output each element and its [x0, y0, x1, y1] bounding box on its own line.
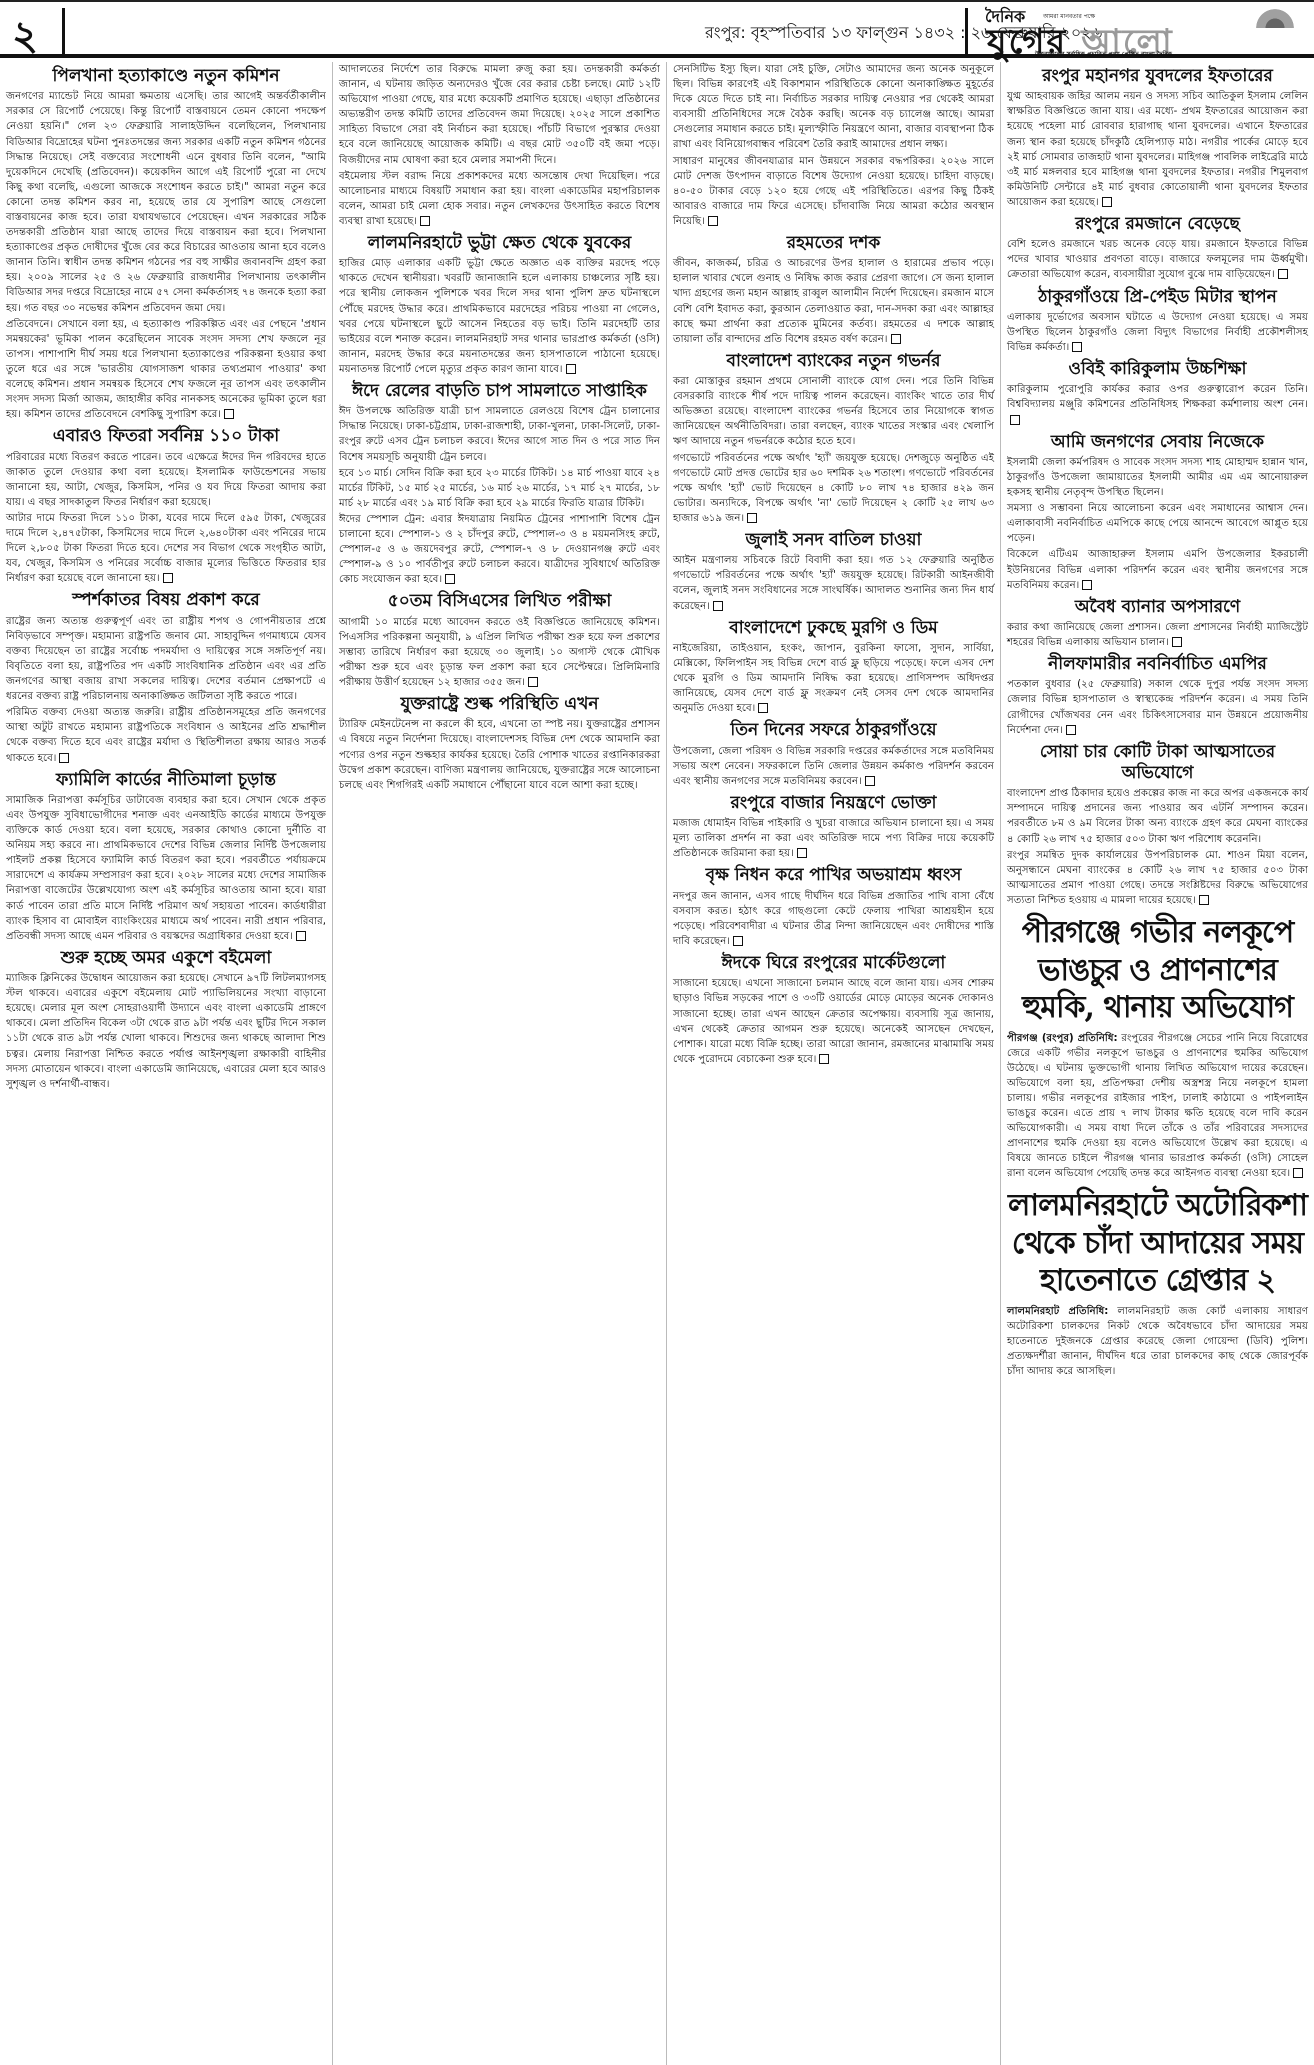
end-mark-icon	[865, 776, 875, 786]
paragraph: প্রতিবেদনে। সেখানে বলা হয়, এ হত্যাকাণ্ড…	[6, 317, 326, 423]
paragraph: বইমেলায় স্টল বরাদ্দ নিয়ে প্রকাশকদের মধ…	[339, 169, 660, 229]
article-body: আইন মন্ত্রণালয় সচিবকে রিটে বিবাদী করা হ…	[673, 553, 994, 613]
end-mark-icon	[1082, 580, 1092, 590]
divider	[62, 8, 65, 56]
end-mark-icon	[1278, 269, 1288, 279]
end-mark-icon	[1102, 197, 1112, 207]
paragraph: পতকাল বুধবার (২৫ ফেব্রুয়ারি) সকাল থেকে …	[1007, 677, 1308, 737]
article-body: বেশি হলেও রমজানে খরচ অনেক বেড়ে যায়। রম…	[1007, 237, 1308, 282]
article-body: মজাজ ধোমাইন বিভিন্ন পাইকারি ও খুচরা বাজা…	[673, 816, 994, 861]
article-body: সাজানো হয়েছে। এখনো সাজানো চলমান আছে বলে…	[673, 976, 994, 1067]
paragraph: হবে ১৩ মার্চ। সেদিন বিক্রি করা হবে ২৩ মা…	[339, 466, 660, 511]
article-body: আগামী ১০ মার্চের মধ্যে আবেদন করতে ওই বিজ…	[339, 615, 660, 690]
end-mark-icon	[420, 216, 430, 226]
page-number: ২	[12, 4, 38, 71]
paragraph: যুগ্ম আহবায়ক জহির আলম নয়ন ও সদস্য সচিব…	[1007, 89, 1308, 210]
paragraph: জনগণের ম্যান্ডেট নিয়ে আমরা ক্ষমতায় এসে…	[6, 89, 326, 315]
end-mark-icon	[1199, 895, 1209, 905]
column-1: পিলখানা হত্যাকাণ্ডে নতুন কমিশন জনগণের ম্…	[0, 62, 332, 2065]
end-mark-icon	[747, 513, 757, 523]
paragraph: করার কথা জানিয়েছে জেলা প্রশাসন। জেলা প্…	[1007, 620, 1308, 650]
article-body: করার কথা জানিয়েছে জেলা প্রশাসন। জেলা প্…	[1007, 620, 1308, 650]
paragraph: লালমনিরহাট প্রতিনিধি: লালমনিরহাট জজ কোর্…	[1007, 1304, 1308, 1379]
end-mark-icon	[1066, 725, 1076, 735]
paragraph: ট্যারিফ মেইনটেনেন্স না করলে কী হবে, এখনো…	[339, 717, 660, 792]
byline: লালমনিরহাট প্রতিনিধি:	[1007, 1306, 1108, 1317]
lead-headline: লালমনিরহাটে অটোরিকশা থেকে চাঁদা আদায়ের …	[1007, 1187, 1308, 1300]
article-body: ইসলামী জেলা কর্মপরিষদ ও সাবেক সংসদ সদস্য…	[1007, 455, 1308, 593]
paragraph: কারিকুলাম পুরোপুরি কার্যকর করার ওপর গুরু…	[1007, 382, 1308, 427]
article-headline: সোয়া চার কোটি টাকা আত্মসাতের অভিযোগে	[1007, 742, 1308, 785]
divider	[965, 8, 968, 56]
paragraph: ইসলামী জেলা কর্মপরিষদ ও সাবেক সংসদ সদস্য…	[1007, 455, 1308, 500]
paragraph: ঈদের স্পেশাল ট্রেন: এবার ঈদযাত্রায় নিয়…	[339, 512, 660, 587]
paragraph: সেনসিটিভ ইস্যু ছিল। যারা সেই চুক্তি, সেট…	[673, 62, 994, 153]
article-body: কারিকুলাম পুরোপুরি কার্যকর করার ওপর গুরু…	[1007, 382, 1308, 427]
lead-headline: পীরগঞ্জে গভীর নলকূপে ভাঙচুর ও প্রাণনাশের…	[1007, 914, 1308, 1027]
article-headline: ফ্যামিলি কার্ডের নীতিমালা চূড়ান্ত	[6, 770, 326, 791]
masthead: ২ রংপুর: বৃহস্পতিবার ১৩ ফাল্গুন ১৪৩২ : ২…	[0, 0, 1314, 58]
article-body: সেনসিটিভ ইস্যু ছিল। যারা সেই চুক্তি, সেট…	[673, 62, 994, 229]
paragraph: বেশি হলেও রমজানে খরচ অনেক বেড়ে যায়। রম…	[1007, 237, 1308, 282]
end-mark-icon	[1010, 415, 1020, 425]
article-body: সামাজিক নিরাপত্তা কর্মসূচির ডাটাবেজ ব্যব…	[6, 793, 326, 944]
column-2: আদালতের নির্দেশে তার বিরুদ্ধে মামলা রুজু…	[332, 62, 666, 2065]
paragraph: এলাকায় দুর্ভোগের অবসান ঘটাতে এ উদ্যোগ ন…	[1007, 310, 1308, 355]
article-body: বাংলাদেশ প্রাপ্ত ঠিকাদার হয়েও প্রকল্পের…	[1007, 786, 1308, 908]
article-headline: তিন দিনের সফরে ঠাকুরগাঁওয়ে	[673, 720, 994, 741]
end-mark-icon	[797, 848, 807, 858]
article-body: রাষ্ট্রের জন্য অত্যন্ত গুরুত্বপূর্ণ এবং …	[6, 614, 326, 766]
paragraph: সাজানো হয়েছে। এখনো সাজানো চলমান আছে বলে…	[673, 976, 994, 1067]
article-headline: শুরু হচ্ছে অমর একুশে বইমেলা	[6, 948, 326, 969]
paragraph: আগামী ১০ মার্চের মধ্যে আবেদন করতে ওই বিজ…	[339, 615, 660, 690]
paragraph: বাংলাদেশ প্রাপ্ত ঠিকাদার হয়েও প্রকল্পের…	[1007, 786, 1308, 846]
article-headline: যুক্তরাষ্ট্রে শুল্ক পরিস্থিতি এখন	[339, 694, 660, 715]
article-headline: নীলফামারীর নবনির্বাচিত এমপির	[1007, 654, 1308, 675]
paragraph: উপজেলা, জেলা পরিষদ ও বিভিন্ন সরকারি দপ্ত…	[673, 744, 994, 789]
end-mark-icon	[566, 364, 576, 374]
article-body: নাইজেরিয়া, তাইওয়ান, হংকং, জাপান, বুরকি…	[673, 641, 994, 716]
logo-tagline: উত্তরাঞ্চলের সর্বাধিক প্রচারিত প্রথম প্র…	[1035, 49, 1172, 60]
article-body: পীরগঞ্জ (রংপুর) প্রতিনিধি: রংপুরের পীরগঞ…	[1007, 1031, 1308, 1182]
end-mark-icon	[758, 703, 768, 713]
article-body: নদপুর জন জানান, এসব গাছে দীর্ঘদিন ধরে বি…	[673, 889, 994, 949]
paragraph: রাষ্ট্রের জন্য অত্যন্ত গুরুত্বপূর্ণ এবং …	[6, 614, 326, 705]
article-body: ঈদ উপলক্ষে অতিরিক্ত যাত্রী চাপ সামলাতে র…	[339, 404, 660, 587]
paragraph: পরিমিত বক্তব্য দেওয়া অত্যন্ত জরুরি। রাষ…	[6, 705, 326, 765]
sun-icon	[1253, 6, 1297, 28]
article-headline: এবারও ফিতরা সর্বনিম্ন ১১০ টাকা	[6, 426, 326, 447]
article-headline: ৫০তম বিসিএসের লিখিত পরীক্ষা	[339, 591, 660, 612]
paragraph: বিকেলে এটিএম আজাহারুল ইসলাম এমপি উপজেলার…	[1007, 547, 1308, 592]
article-headline: রংপুর মহানগর যুবদলের ইফতারের	[1007, 66, 1308, 87]
paragraph: পীরগঞ্জ (রংপুর) প্রতিনিধি: রংপুরের পীরগঞ…	[1007, 1031, 1308, 1182]
article-headline: বৃক্ষ নিধন করে পাখির অভয়াশ্রম ধ্বংস	[673, 865, 994, 886]
article-body: যুগ্ম আহবায়ক জহির আলম নয়ন ও সদস্য সচিব…	[1007, 89, 1308, 210]
end-mark-icon	[59, 753, 69, 763]
article-headline: ঠাকুরগাঁওয়ে প্রি-পেইড মিটার স্থাপন	[1007, 287, 1308, 308]
end-mark-icon	[1072, 342, 1082, 352]
article-headline: ওবিই কারিকুলাম উচ্চশিক্ষা	[1007, 359, 1308, 380]
article-body: জীবন, কাজকর্ম, চরিত্র ও আচরণের উপর হালাল…	[673, 256, 994, 347]
article-headline: লালমনিরহাটে ভুট্টা ক্ষেত থেকে যুবকের	[339, 233, 660, 254]
paragraph: সাধারণ মানুষের জীবনযাত্রার মান উন্নয়নে …	[673, 154, 994, 229]
paragraph: আইন মন্ত্রণালয় সচিবকে রিটে বিবাদী করা হ…	[673, 553, 994, 613]
article-headline: বাংলাদেশে ঢুকছে মুরগি ও ডিম	[673, 618, 994, 639]
article-body: করা মোস্তাকুর রহমান প্রথমে সোনালী ব্যাংক…	[673, 374, 994, 526]
byline: পীরগঞ্জ (রংপুর) প্রতিনিধি:	[1007, 1033, 1118, 1044]
article-headline: ঈদকে ঘিরে রংপুরের মার্কেটগুলো	[673, 953, 994, 974]
paragraph: ঈদ উপলক্ষে অতিরিক্ত যাত্রী চাপ সামলাতে র…	[339, 404, 660, 464]
paragraph: জীবন, কাজকর্ম, চরিত্র ও আচরণের উপর হালাল…	[673, 256, 994, 347]
end-mark-icon	[891, 334, 901, 344]
article-headline: অবৈধ ব্যানার অপসারণে	[1007, 597, 1308, 618]
paragraph: আদালতের নির্দেশে তার বিরুদ্ধে মামলা রুজু…	[339, 62, 660, 168]
article-headline: পিলখানা হত্যাকাণ্ডে নতুন কমিশন	[6, 66, 326, 87]
article-headline: রহমতের দশক	[673, 233, 994, 254]
paragraph: করা মোস্তাকুর রহমান প্রথমে সোনালী ব্যাংক…	[673, 374, 994, 449]
newspaper-logo: দৈনিক আমরা মানবতার পক্ষে যুগেরআলো উত্তরা…	[985, 4, 1305, 56]
column-3: সেনসিটিভ ইস্যু ছিল। যারা সেই চুক্তি, সেট…	[666, 62, 1000, 2065]
article-body: হাজির মোড় এলাকার একটি ভুট্টা ক্ষেতে অজ্…	[339, 256, 660, 377]
paragraph: ম্যাজিক ক্লিনিকের উদ্বোধন আয়োজন করা হয়…	[6, 971, 326, 1092]
article-body: ট্যারিফ মেইনটেনেন্স না করলে কী হবে, এখনো…	[339, 717, 660, 792]
paragraph: মজাজ ধোমাইন বিভিন্ন পাইকারি ও খুচরা বাজা…	[673, 816, 994, 861]
end-mark-icon	[708, 216, 718, 226]
article-headline: রংপুরে বাজার নিয়ন্ত্রণে ভোক্তা	[673, 793, 994, 814]
end-mark-icon	[296, 931, 306, 941]
article-body: লালমনিরহাট প্রতিনিধি: লালমনিরহাট জজ কোর্…	[1007, 1304, 1308, 1379]
end-mark-icon	[1172, 637, 1182, 647]
article-headline: স্পর্শকাতর বিষয় প্রকাশ করে	[6, 590, 326, 611]
article-body: পরিবারের মধ্যে বিতরণ করতে পারেন। তবে এক্…	[6, 450, 326, 587]
article-body: আদালতের নির্দেশে তার বিরুদ্ধে মামলা রুজু…	[339, 62, 660, 229]
paragraph: গণভোটে পরিবর্তনের পক্ষে অর্থাৎ 'হ্যাঁ' জ…	[673, 451, 994, 526]
paragraph: আটার দামে ফিতরা দিলে ১১০ টাকা, যবের দামে…	[6, 511, 326, 586]
paragraph: রংপুর সমন্বিত দুদক কার্যালয়ের উপপরিচালক…	[1007, 848, 1308, 908]
article-body: উপজেলা, জেলা পরিষদ ও বিভিন্ন সরকারি দপ্ত…	[673, 744, 994, 789]
end-mark-icon	[163, 573, 173, 583]
article-headline: বাংলাদেশ ব্যাংকের নতুন গভর্নর	[673, 351, 994, 372]
paragraph: পরিবারের মধ্যে বিতরণ করতে পারেন। তবে এক্…	[6, 450, 326, 510]
paragraph: সমস্যা ও সম্ভাবনা নিয়ে আলোচনা করেন এবং …	[1007, 501, 1308, 546]
column-4: রংপুর মহানগর যুবদলের ইফতারের যুগ্ম আহবায…	[1000, 62, 1314, 2065]
article-headline: রংপুরে রমজানে বেড়েছে	[1007, 214, 1308, 235]
article-body: জনগণের ম্যান্ডেট নিয়ে আমরা ক্ষমতায় এসে…	[6, 89, 326, 422]
end-mark-icon	[528, 677, 538, 687]
end-mark-icon	[733, 936, 743, 946]
newspaper-columns: পিলখানা হত্যাকাণ্ডে নতুন কমিশন জনগণের ম্…	[0, 62, 1314, 2065]
paragraph: হাজির মোড় এলাকার একটি ভুট্টা ক্ষেতে অজ্…	[339, 256, 660, 377]
article-headline: ঈদে রেলের বাড়তি চাপ সামলাতে সাপ্তাহিক	[339, 381, 660, 402]
end-mark-icon	[224, 409, 234, 419]
paragraph: নদপুর জন জানান, এসব গাছে দীর্ঘদিন ধরে বি…	[673, 889, 994, 949]
end-mark-icon	[445, 574, 455, 584]
article-body: এলাকায় দুর্ভোগের অবসান ঘটাতে এ উদ্যোগ ন…	[1007, 310, 1308, 355]
article-body: পতকাল বুধবার (২৫ ফেব্রুয়ারি) সকাল থেকে …	[1007, 677, 1308, 737]
paragraph: সামাজিক নিরাপত্তা কর্মসূচির ডাটাবেজ ব্যব…	[6, 793, 326, 944]
article-body: ম্যাজিক ক্লিনিকের উদ্বোধন আয়োজন করা হয়…	[6, 971, 326, 1092]
article-headline: আমি জনগণের সেবায় নিজেকে	[1007, 432, 1308, 453]
end-mark-icon	[819, 1054, 829, 1064]
article-headline: জুলাই সনদ বাতিল চাওয়া	[673, 530, 994, 551]
end-mark-icon	[713, 601, 723, 611]
paragraph: নাইজেরিয়া, তাইওয়ান, হংকং, জাপান, বুরকি…	[673, 641, 994, 716]
end-mark-icon	[1293, 1168, 1303, 1178]
